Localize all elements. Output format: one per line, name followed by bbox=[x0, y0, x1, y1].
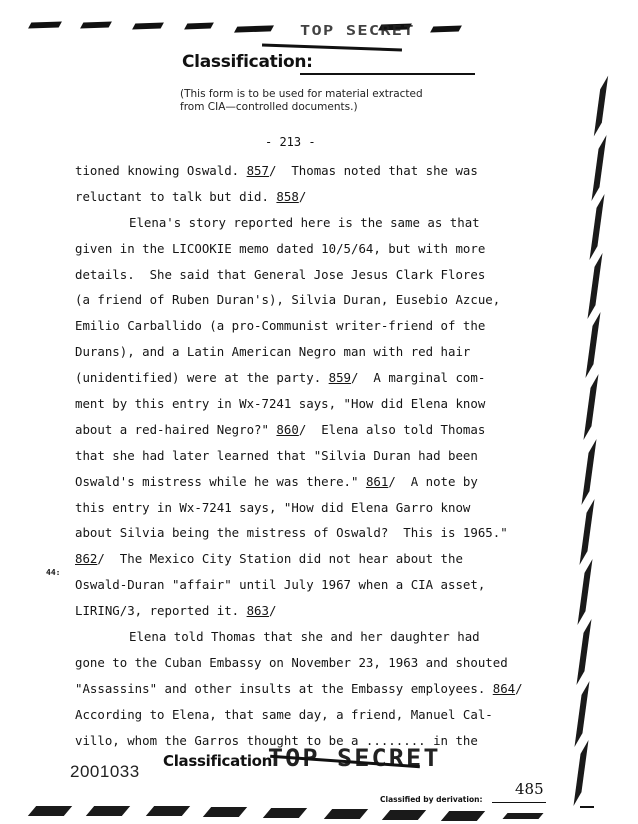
text-line: details. She said that General Jose Jesu… bbox=[75, 262, 545, 288]
text-line: (unidentified) were at the party. 859/ A… bbox=[75, 365, 545, 391]
text-line: gone to the Cuban Embassy on November 23… bbox=[75, 650, 545, 676]
line-text: this entry in Wx-7241 says, "How did Ele… bbox=[75, 500, 470, 515]
border-dash bbox=[146, 806, 190, 816]
classification-label-bottom: Classification: bbox=[163, 752, 278, 770]
border-mark bbox=[585, 312, 600, 378]
line-text: Elena's story reported here is the same … bbox=[129, 215, 480, 230]
text-line: 862/ The Mexico City Station did not hea… bbox=[75, 546, 545, 572]
border-dash bbox=[86, 806, 130, 816]
border-dash bbox=[234, 25, 274, 32]
line-text: reluctant to talk but did. bbox=[75, 189, 276, 204]
classification-label-top: Classification: bbox=[182, 52, 313, 72]
document-body: tioned knowing Oswald. 857/ Thomas noted… bbox=[75, 158, 545, 753]
line-text: Elena told Thomas that she and her daugh… bbox=[129, 629, 480, 644]
border-dash bbox=[28, 21, 62, 28]
border-mark bbox=[579, 499, 594, 565]
footnote-ref: 857 bbox=[247, 163, 269, 178]
line-text: details. She said that General Jose Jesu… bbox=[75, 267, 485, 282]
text-line: Oswald-Duran "affair" until July 1967 wh… bbox=[75, 572, 545, 598]
text-line: given in the LICOOKIE memo dated 10/5/64… bbox=[75, 236, 545, 262]
line-text: / Elena also told Thomas bbox=[299, 422, 486, 437]
border-mark bbox=[587, 253, 602, 319]
line-text: Emilio Carballido (a pro-Communist write… bbox=[75, 318, 485, 333]
line-text: LIRING/3, reported it. bbox=[75, 603, 247, 618]
notice-line-1: (This form is to be used for material ex… bbox=[180, 88, 423, 101]
border-dash bbox=[203, 807, 247, 817]
footnote-ref: 860 bbox=[276, 422, 298, 437]
text-line: this entry in Wx-7241 says, "How did Ele… bbox=[75, 495, 545, 521]
line-text: gone to the Cuban Embassy on November 23… bbox=[75, 655, 508, 670]
text-line: Elena's story reported here is the same … bbox=[75, 210, 545, 236]
text-line: Durans), and a Latin American Negro man … bbox=[75, 339, 545, 365]
line-text: Durans), and a Latin American Negro man … bbox=[75, 344, 470, 359]
page-number: - 213 - bbox=[265, 135, 316, 149]
stamp-underline bbox=[262, 44, 402, 52]
derivation-line bbox=[492, 802, 546, 803]
line-text: / A note by bbox=[388, 474, 478, 489]
border-dash bbox=[382, 810, 426, 820]
border-dash bbox=[132, 23, 164, 30]
line-text: ment by this entry in Wx-7241 says, "How… bbox=[75, 396, 485, 411]
border-dash bbox=[580, 806, 594, 808]
line-text: According to Elena, that same day, a fri… bbox=[75, 707, 493, 722]
notice-line-2: from CIA—controlled documents.) bbox=[180, 101, 423, 114]
border-dash bbox=[184, 23, 214, 30]
footnote-ref: 861 bbox=[366, 474, 388, 489]
text-line: tioned knowing Oswald. 857/ Thomas noted… bbox=[75, 158, 545, 184]
classification-stamp-top: TOP SECRET bbox=[300, 24, 415, 39]
footnote-ref: 862 bbox=[75, 551, 97, 566]
border-dash bbox=[263, 808, 307, 818]
line-text: given in the LICOOKIE memo dated 10/5/64… bbox=[75, 241, 485, 256]
footnote-ref: 863 bbox=[247, 603, 269, 618]
line-text: / bbox=[299, 189, 306, 204]
form-notice: (This form is to be used for material ex… bbox=[180, 88, 423, 114]
text-line: that she had later learned that "Silvia … bbox=[75, 443, 545, 469]
text-line: (a friend of Ruben Duran's), Silvia Dura… bbox=[75, 287, 545, 313]
border-dash bbox=[324, 809, 368, 819]
line-text: about a red-haired Negro?" bbox=[75, 422, 276, 437]
border-mark bbox=[583, 374, 598, 440]
line-text: / A marginal com- bbox=[351, 370, 485, 385]
footnote-ref: 864 bbox=[493, 681, 515, 696]
border-dash bbox=[430, 26, 462, 33]
border-mark bbox=[573, 740, 588, 806]
line-text: that she had later learned that "Silvia … bbox=[75, 448, 478, 463]
border-dash bbox=[28, 806, 72, 816]
border-dash bbox=[441, 811, 485, 821]
line-text: about Silvia being the mistress of Oswal… bbox=[75, 525, 508, 540]
classification-field-line bbox=[300, 73, 475, 75]
margin-note: 44: bbox=[46, 568, 60, 577]
border-mark bbox=[581, 439, 596, 505]
text-line: LIRING/3, reported it. 863/ bbox=[75, 598, 545, 624]
border-mark bbox=[589, 194, 604, 260]
line-text: "Assassins" and other insults at the Emb… bbox=[75, 681, 493, 696]
text-line: about a red-haired Negro?" 860/ Elena al… bbox=[75, 417, 545, 443]
text-line: "Assassins" and other insults at the Emb… bbox=[75, 676, 545, 702]
border-mark bbox=[576, 619, 591, 685]
border-mark bbox=[594, 76, 608, 137]
border-dash bbox=[80, 22, 112, 29]
text-line: Elena told Thomas that she and her daugh… bbox=[75, 624, 545, 650]
line-text: Oswald-Duran "affair" until July 1967 wh… bbox=[75, 577, 485, 592]
footnote-ref: 858 bbox=[276, 189, 298, 204]
line-text: / The Mexico City Station did not hear a… bbox=[97, 551, 463, 566]
border-mark bbox=[577, 559, 592, 625]
line-text: / bbox=[269, 603, 276, 618]
line-text: Oswald's mistress while he was there." bbox=[75, 474, 366, 489]
border-dash bbox=[502, 813, 543, 819]
text-line: ment by this entry in Wx-7241 says, "How… bbox=[75, 391, 545, 417]
border-mark bbox=[591, 135, 606, 201]
line-text: / Thomas noted that she was bbox=[269, 163, 478, 178]
line-text: tioned knowing Oswald. bbox=[75, 163, 247, 178]
line-text: (unidentified) were at the party. bbox=[75, 370, 329, 385]
footnote-ref: 859 bbox=[329, 370, 351, 385]
line-text: / bbox=[515, 681, 522, 696]
line-text: (a friend of Ruben Duran's), Silvia Dura… bbox=[75, 292, 500, 307]
border-mark bbox=[574, 681, 589, 747]
text-line: Emilio Carballido (a pro-Communist write… bbox=[75, 313, 545, 339]
text-line: According to Elena, that same day, a fri… bbox=[75, 702, 545, 728]
classified-by-label: Classified by derivation: bbox=[380, 795, 482, 804]
text-line: reluctant to talk but did. 858/ bbox=[75, 184, 545, 210]
document-number: 2001033 bbox=[70, 762, 140, 782]
handwritten-page-number: 485 bbox=[515, 780, 544, 798]
text-line: about Silvia being the mistress of Oswal… bbox=[75, 520, 545, 546]
text-line: Oswald's mistress while he was there." 8… bbox=[75, 469, 545, 495]
